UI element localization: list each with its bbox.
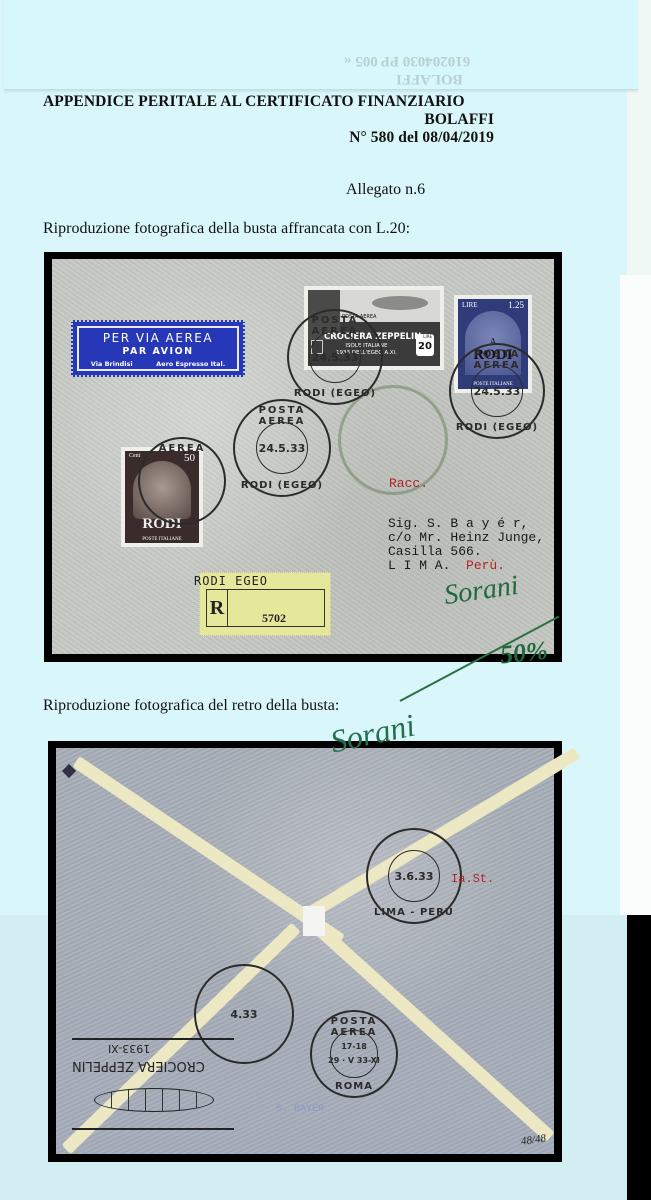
postmark: POSTA AEREA 24.5.33 RODI (EGEO) xyxy=(287,309,383,405)
certificate-issuer: BOLAFFI xyxy=(424,111,494,129)
address-line: L I M A. Perù. xyxy=(388,559,544,573)
stamp-value: 1.25 xyxy=(508,300,524,310)
back-caption: Riproduzione fotografica del retro della… xyxy=(43,697,339,715)
flap-seal xyxy=(303,906,325,936)
folded-top-sheet: 610204030 PP 005 « BOLAFFI xyxy=(4,0,638,90)
registration-cancel: RODI EGEO xyxy=(194,574,268,588)
cachet-year: 1933-XI xyxy=(108,1042,150,1055)
typed-note: Ia.St. xyxy=(451,872,494,886)
registration-number: 5702 xyxy=(262,611,286,626)
bleed-through-text: 610204030 PP 005 « xyxy=(344,52,470,69)
airmail-line1: PER VIA AEREA xyxy=(79,331,237,345)
zeppelin-cachet: 1933-XI CROCIERA ZEPPELIN xyxy=(72,1038,234,1136)
back-envelope-photo: 3.6.33 LIMA - PERU 4.33 POSTA AEREA 17-1… xyxy=(48,741,562,1162)
handwritten-mark: 50% xyxy=(499,636,550,671)
airmail-left-note: Via Brindisi xyxy=(91,360,133,368)
annex-label: Allegato n.6 xyxy=(346,181,425,199)
address-line: Sig. S. B a y é r, xyxy=(388,517,544,531)
stamp-currency: Cent xyxy=(129,453,140,459)
airmail-line2: PAR AVION xyxy=(79,346,237,357)
envelope-front: PER VIA AEREA PAR AVION Via Brindisi Aer… xyxy=(52,259,554,654)
postmark: AEREA xyxy=(138,437,226,525)
postmark: POSTA AEREA 17-18 29 · V 33-XI ROMA xyxy=(310,1010,398,1098)
zeppelin-icon xyxy=(94,1088,214,1112)
registered-note: Racc. xyxy=(389,477,428,491)
airmail-label: PER VIA AEREA PAR AVION Via Brindisi Aer… xyxy=(71,320,245,377)
address-country: Perù. xyxy=(466,558,505,573)
bleed-through-text: BOLAFFI xyxy=(396,70,463,87)
recipient-address: Sig. S. B a y é r, c/o Mr. Heinz Junge, … xyxy=(388,517,544,573)
address-line: Casilla 566. xyxy=(388,545,544,559)
postmark: 3.6.33 LIMA - PERU xyxy=(366,828,462,924)
registration-letter: R xyxy=(206,589,228,627)
stamp-footer: POSTE ITALIANE xyxy=(125,537,199,542)
stamp-currency: LIRE xyxy=(462,301,478,309)
postmark: POSTA AEREA 24.5.33 RODI (EGEO) xyxy=(233,399,331,497)
front-envelope-photo: PER VIA AEREA PAR AVION Via Brindisi Aer… xyxy=(44,252,562,662)
certificate-title: APPENDICE PERITALE AL CERTIFICATO FINANZ… xyxy=(43,93,465,111)
airmail-right-note: Aero Espresso Ital. xyxy=(156,360,225,368)
scan-border xyxy=(627,915,651,1200)
handwritten-signature: Sorani xyxy=(442,570,520,612)
address-line: c/o Mr. Heinz Junge, xyxy=(388,531,544,545)
stamp-currency: LIRE xyxy=(423,334,432,339)
zeppelin-icon xyxy=(372,296,428,310)
cachet-title: CROCIERA ZEPPELIN xyxy=(72,1058,205,1073)
page-edge xyxy=(620,275,651,915)
postmark: POSTA AEREA 24.5.33 RODI (EGEO) xyxy=(449,343,545,439)
envelope-back: 3.6.33 LIMA - PERU 4.33 POSTA AEREA 17-1… xyxy=(56,748,554,1154)
certificate-number: N° 580 del 08/04/2019 xyxy=(349,129,494,147)
registration-label: RODI EGEO R 5702 xyxy=(199,572,331,636)
sender-stamp: S. BAYER xyxy=(276,1104,324,1115)
front-caption: Riproduzione fotografica della busta aff… xyxy=(43,220,410,238)
